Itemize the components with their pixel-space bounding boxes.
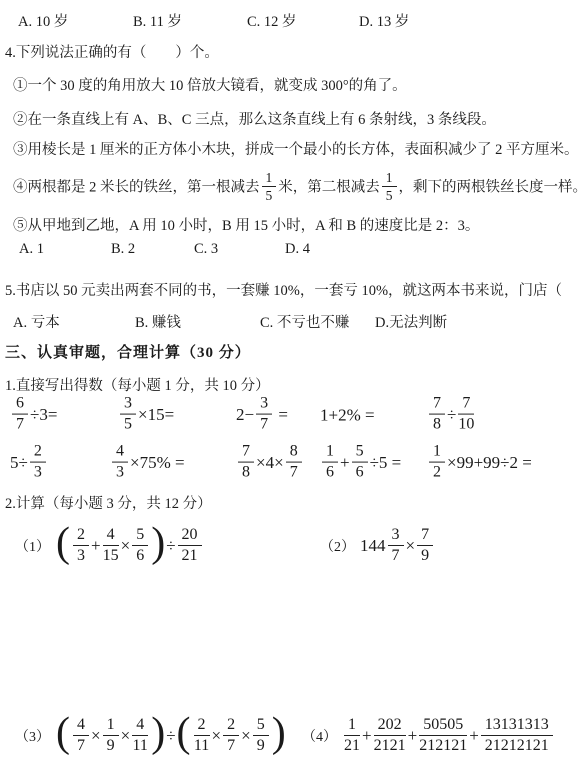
math-text: ×99+99÷2 = — [447, 453, 532, 472]
calc-problems-row-1: （1） (23+415×56)÷2021 （2） 14437×79 — [0, 514, 580, 578]
math-text: ×15= — [138, 405, 174, 424]
stretch-paren: ( — [56, 712, 70, 754]
math-text: ÷ — [166, 726, 175, 746]
math-text: ×4× — [256, 453, 284, 472]
math-text: 2− — [236, 405, 254, 424]
fraction: 12 — [429, 443, 445, 482]
direct-calc-expression: 43×75% = — [110, 444, 185, 483]
problem-label: （4） — [302, 726, 337, 746]
problem-label: （2） — [320, 536, 355, 556]
fraction: 1313131321212121 — [481, 716, 553, 755]
direct-calc-row-1: 67÷3= 35×15= 2−37 = 1+2% = 78÷710 — [0, 393, 580, 437]
math-text: = — [274, 405, 288, 424]
calc-problem-3: （3） (47×19×411)÷(211×27×59) — [15, 704, 287, 768]
problem-label: （1） — [15, 536, 50, 556]
math-text: + — [408, 726, 418, 746]
fraction: 79 — [417, 526, 433, 565]
stretch-paren: ) — [151, 522, 165, 564]
direct-calc-expression: 78×4×87 — [236, 444, 304, 483]
problem-expression: (23+415×56)÷2021 — [55, 525, 204, 567]
answer-option-d: D. 4 — [285, 241, 310, 258]
stretch-paren: ( — [56, 522, 70, 564]
direct-calc-expression: 1+2% = — [320, 404, 375, 425]
stretch-paren: ) — [272, 712, 286, 754]
fraction: 121 — [344, 716, 360, 755]
fraction: 59 — [253, 716, 269, 755]
math-text: ÷ — [166, 536, 175, 556]
problem-expression: (47×19×411)÷(211×27×59) — [55, 715, 287, 757]
answer-option-a: A. 亏本 — [13, 311, 60, 332]
problem-label: （3） — [15, 726, 50, 746]
math-text: ，剩下的两根铁丝长度一样。 — [399, 180, 580, 196]
fraction: 15 — [262, 170, 277, 203]
direct-calc-expression: 35×15= — [118, 396, 174, 435]
fraction: 43 — [112, 443, 128, 482]
statement-5: ⑤从甲地到乙地，A 用 10 小时，B 用 15 小时，A 和 B 的速度比是 … — [13, 214, 479, 235]
answer-option-d: D. 13 岁 — [359, 10, 409, 31]
math-text: ①一个 30 度的角用放大 10 倍放大镜看，就变成 300°的角了。 — [13, 78, 407, 94]
math-text: + — [91, 536, 101, 556]
question-4-options-row: A. 1 B. 2 C. 3 D. 4 — [0, 241, 580, 263]
question-5-options-row: A. 亏本 B. 赚钱 C. 不亏也不赚 D.无法判断 — [0, 311, 580, 333]
math-text: ⑤从甲地到乙地，A 用 10 小时，B 用 15 小时，A 和 B 的速度比是 … — [13, 218, 479, 234]
math-text: ×75% = — [130, 453, 185, 472]
direct-calc-expression: 78÷710 — [427, 396, 476, 435]
section-3-header: 三、认真审题，合理计算（30 分） — [5, 341, 251, 362]
answer-option-d: D.无法判断 — [375, 311, 447, 332]
fraction: 35 — [120, 395, 136, 434]
math-text: 米，第二根减去 — [278, 180, 380, 196]
answer-option-c: C. 12 岁 — [247, 10, 297, 31]
fraction: 23 — [30, 443, 46, 482]
math-text: × — [121, 536, 131, 556]
direct-calc-expression: 2−37 = — [236, 396, 288, 435]
math-text: + — [340, 453, 350, 472]
math-text: + — [362, 726, 372, 746]
direct-calc-row-2: 5÷23 43×75% = 78×4×87 16+56÷5 = 12×99+99… — [0, 441, 580, 485]
math-text: × — [212, 726, 222, 746]
fraction: 15 — [382, 170, 397, 203]
direct-calc-expression: 67÷3= — [10, 396, 57, 435]
fraction: 78 — [238, 443, 254, 482]
fraction: 2022121 — [374, 716, 406, 755]
fraction: 23 — [73, 526, 89, 565]
math-text: ÷ — [447, 405, 456, 424]
fraction: 415 — [103, 526, 119, 565]
answer-option-b: B. 11 岁 — [133, 10, 182, 31]
fraction: 67 — [12, 395, 28, 434]
answer-option-a: A. 10 岁 — [18, 10, 68, 31]
answer-option-a: A. 1 — [19, 241, 44, 258]
exam-page: A. 10 岁 B. 11 岁 C. 12 岁 D. 13 岁 4.下列说法正确… — [0, 0, 580, 783]
question-3-options-row: A. 10 岁 B. 11 岁 C. 12 岁 D. 13 岁 — [0, 10, 580, 32]
stretch-paren: ( — [177, 712, 191, 754]
math-text: 144 — [360, 536, 386, 556]
calc-problem-4: （4） 121+2022121+50505212121+131313132121… — [302, 704, 555, 768]
stretch-paren: ) — [151, 712, 165, 754]
statement-3: ③用棱长是 1 厘米的正方体小木块，拼成一个最小的长方体，表面积减少了 2 平方… — [13, 138, 579, 159]
problem-expression: 121+2022121+50505212121+1313131321212121 — [342, 717, 555, 756]
math-text: 5÷ — [10, 453, 28, 472]
direct-calc-expression: 5÷23 — [10, 444, 48, 483]
fraction: 56 — [352, 443, 368, 482]
math-text: × — [121, 726, 131, 746]
fraction: 37 — [256, 395, 272, 434]
math-text: × — [241, 726, 251, 746]
fraction: 710 — [458, 395, 474, 434]
answer-option-b: B. 赚钱 — [135, 311, 181, 332]
fraction: 27 — [223, 716, 239, 755]
fraction: 78 — [429, 395, 445, 434]
math-text: × — [406, 536, 416, 556]
answer-option-b: B. 2 — [111, 241, 135, 258]
fraction: 50505212121 — [419, 716, 467, 755]
answer-option-c: C. 3 — [194, 241, 218, 258]
question-5-stem: 5.书店以 50 元卖出两套不同的书，一套赚 10%，一套亏 10%，就这两本书… — [5, 279, 580, 300]
math-text: ④两根都是 2 米长的铁丝，第一根减去 — [13, 180, 260, 196]
fraction: 411 — [132, 716, 148, 755]
fraction: 2021 — [178, 526, 202, 565]
fraction: 211 — [194, 716, 210, 755]
part-1-header: 1.直接写出得数（每小题 1 分，共 10 分） — [5, 374, 270, 395]
calc-problems-row-2: （3） (47×19×411)÷(211×27×59) （4） 121+2022… — [0, 704, 580, 768]
fraction: 37 — [388, 526, 404, 565]
problem-expression: 14437×79 — [360, 527, 435, 566]
answer-option-c: C. 不亏也不赚 — [260, 311, 349, 332]
fraction: 19 — [103, 716, 119, 755]
direct-calc-expression: 16+56÷5 = — [320, 444, 401, 483]
calc-problem-1: （1） (23+415×56)÷2021 — [15, 514, 204, 578]
math-text: ÷3= — [30, 405, 57, 424]
fraction: 87 — [286, 443, 302, 482]
math-text: ÷5 = — [370, 453, 402, 472]
statement-2: ②在一条直线上有 A、B、C 三点，那么这条直线上有 6 条射线，3 条线段。 — [13, 108, 496, 129]
statement-4: ④两根都是 2 米长的铁丝，第一根减去15米，第二根减去15，剩下的两根铁丝长度… — [13, 165, 580, 209]
fraction: 56 — [132, 526, 148, 565]
question-4-stem: 4.下列说法正确的有（ ）个。 — [5, 41, 219, 62]
direct-calc-expression: 12×99+99÷2 = — [427, 444, 532, 483]
math-text: ②在一条直线上有 A、B、C 三点，那么这条直线上有 6 条射线，3 条线段。 — [13, 112, 496, 128]
statement-1: ①一个 30 度的角用放大 10 倍放大镜看，就变成 300°的角了。 — [13, 74, 407, 95]
part-2-header: 2.计算（每小题 3 分，共 12 分） — [5, 492, 212, 513]
math-text: ③用棱长是 1 厘米的正方体小木块，拼成一个最小的长方体，表面积减少了 2 平方… — [13, 142, 579, 158]
math-text: 1+2% = — [320, 406, 375, 425]
fraction: 16 — [322, 443, 338, 482]
math-text: + — [469, 726, 479, 746]
math-text: × — [91, 726, 101, 746]
fraction: 47 — [73, 716, 89, 755]
calc-problem-2: （2） 14437×79 — [320, 514, 435, 578]
